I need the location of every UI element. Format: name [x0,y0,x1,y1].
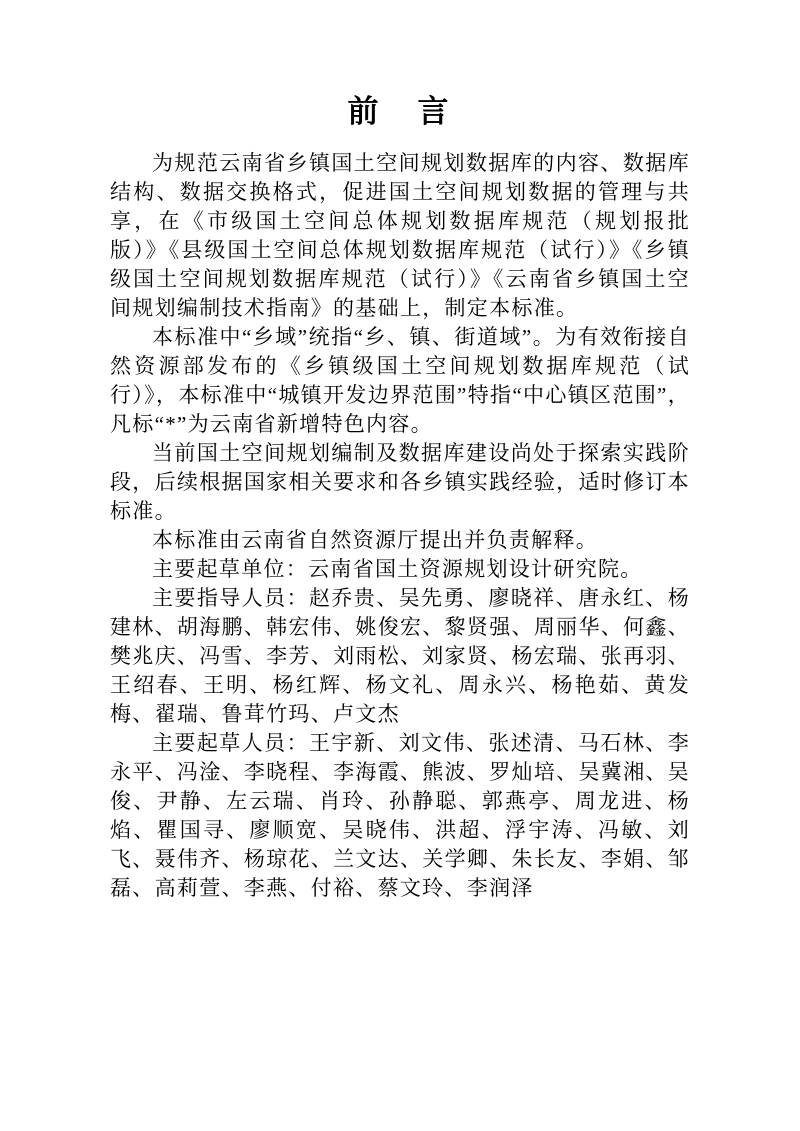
document-page: 前 言 为规范云南省乡镇国土空间规划数据库的内容、数据库结构、数据交换格式，促进… [0,0,800,1131]
para-drafting-unit: 主要起草单位：云南省国土资源规划设计研究院。 [110,555,690,584]
document-body: 为规范云南省乡镇国土空间规划数据库的内容、数据库结构、数据交换格式，促进国土空间… [110,149,690,903]
para-issuer: 本标准由云南省自然资源厅提出并负责解释。 [110,526,690,555]
para-terminology: 本标准中“乡域”统指“乡、镇、街道域”。为有效衔接自然资源部发布的《乡镇级国土空… [110,323,690,439]
para-revision-note: 当前国土空间规划编制及数据库建设尚处于探索实践阶段，后续根据国家相关要求和各乡镇… [110,439,690,526]
para-drafters: 主要起草人员：王宇新、刘文伟、张述清、马石林、李永平、冯淦、李晓程、李海霞、熊波… [110,729,690,903]
para-purpose: 为规范云南省乡镇国土空间规划数据库的内容、数据库结构、数据交换格式，促进国土空间… [110,149,690,323]
page-title: 前 言 [110,90,690,134]
para-advisors: 主要指导人员：赵乔贵、吴先勇、廖晓祥、唐永红、杨建林、胡海鹏、韩宏伟、姚俊宏、黎… [110,584,690,729]
